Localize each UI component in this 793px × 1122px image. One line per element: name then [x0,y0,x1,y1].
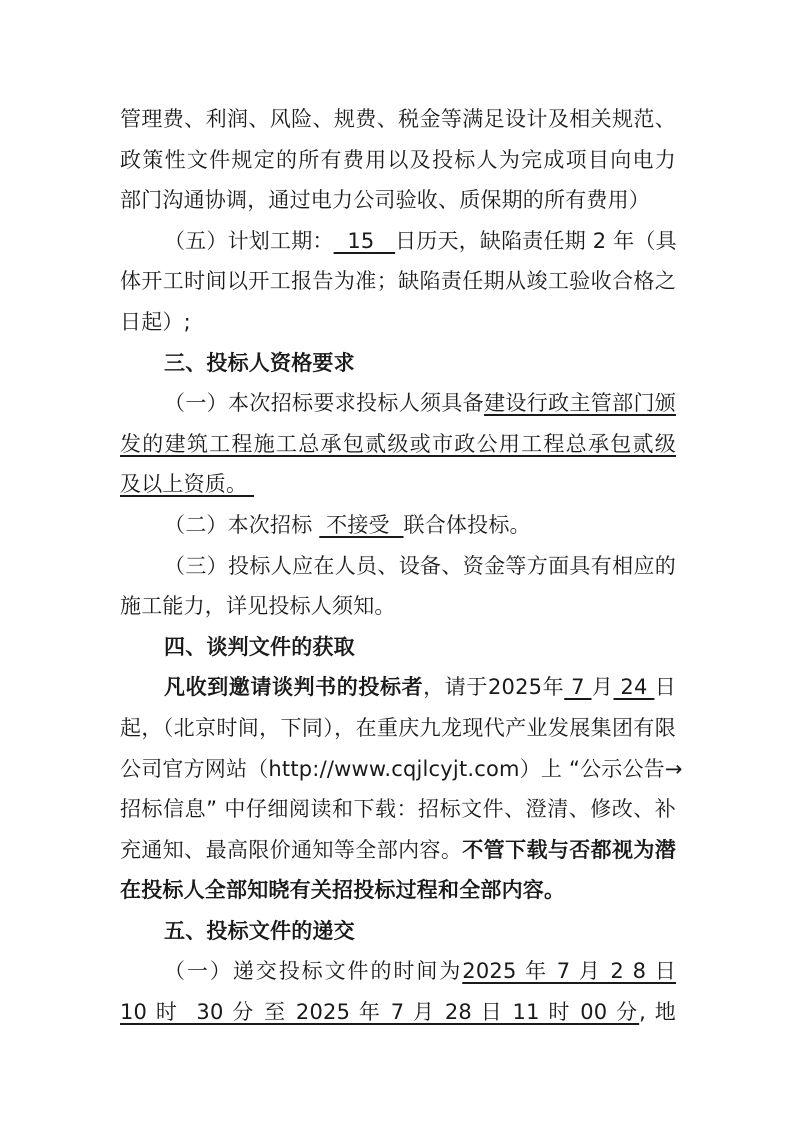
location-prefix: , 地 [639,1000,676,1024]
section-4-heading: 四、谈判文件的获取 [120,627,676,668]
qualification-prefix: （一）本次招标要求投标人须具备 [164,391,484,415]
section-3-item-3-line-1: （三）投标人应在人员、设备、资金等方面具有相应的 [120,546,676,587]
schedule-prefix: （五）计划工期： [164,229,334,253]
schedule-paragraph-line-3: 日起）; [120,302,676,343]
submission-time-prefix: （一）递交投标文件的时间为 [164,959,462,983]
consortium-value: 不接受 [319,505,403,546]
section-4-para-line-2: 起，（北京时间，下同），在重庆九龙现代产业发展集团有限 [120,708,676,749]
section-3-item-2: （二）本次招标 不接受 联合体投标。 [120,505,676,546]
acknowledgement-notice-part-2: 在投标人全部知晓有关招投标过程和全部内容。 [120,870,676,911]
cost-paragraph-line-1: 管理费、利润、风险、规费、税金等满足设计及相关规范、 [120,99,676,140]
schedule-paragraph-line-1: （五）计划工期： 15 日历天，缺陷责任期 2 年（具 [120,221,676,262]
start-day-value: 24 [614,667,655,708]
download-notice: 充通知、最高限价通知等全部内容。 [120,838,462,862]
qualification-requirement-part-3: 及以上资质。 [120,472,254,496]
qualification-requirement-part-2: 发的建筑工程施工总承包贰级或市政公用工程总承包贰级 [120,432,676,456]
consortium-suffix: 联合体投标。 [404,513,531,537]
schedule-after-duration: 日历天，缺陷责任期 2 年（具 [395,229,677,253]
section-4-para-line-3: 公司官方网站（http://www.cqjlcyjt.com）上 “公示公告→ [120,749,676,790]
section-3-item-1-line-2: 发的建筑工程施工总承包贰级或市政公用工程总承包贰级 [120,424,676,465]
start-month-value: 7 [564,667,591,708]
document-page: 管理费、利润、风险、规费、税金等满足设计及相关规范、 政策性文件规定的所有费用以… [120,99,676,1033]
duration-value: 15 [334,221,396,262]
submission-time-start: 2025 年 7 月 2 8 日 [462,959,676,983]
section-4-para-line-1: 凡收到邀请谈判书的投标者，请于2025年 7 月 24 日 [120,667,676,708]
section-3-item-1-line-1: （一）本次招标要求投标人须具备建设行政主管部门颁 [120,383,676,424]
qualification-requirement-part-1: 建设行政主管部门颁 [484,391,676,415]
section-4-para-line-4: 招标信息” 中仔细阅读和下载：招标文件、澄清、修改、补 [120,789,676,830]
section-3-item-3-line-2: 施工能力，详见投标人须知。 [120,586,676,627]
section-5-heading: 五、投标文件的递交 [120,911,676,952]
acknowledgement-notice-part-1: 不管下载与否都视为潜 [462,838,676,862]
month-label: 月 [592,675,614,699]
section-5-item-1-line-2: 10 时 30 分 至 2025 年 7 月 28 日 11 时 00 分, 地 [120,992,676,1033]
section-5-item-1-line-1: （一）递交投标文件的时间为2025 年 7 月 2 8 日 [120,951,676,992]
day-label: 日 [654,675,676,699]
section-4-para-line-5: 充通知、最高限价通知等全部内容。不管下载与否都视为潜 [120,830,676,871]
invitee-lead: 凡收到邀请谈判书的投标者 [164,675,423,699]
section-3-heading: 三、投标人资格要求 [120,343,676,384]
start-date-prefix: ，请于2025年 [423,675,564,699]
section-3-item-1-line-3: 及以上资质。 [120,464,676,505]
cost-paragraph-line-3: 部门沟通协调，通过电力公司验收、质保期的所有费用） [120,180,676,221]
submission-time-range: 10 时 30 分 至 2025 年 7 月 28 日 11 时 00 分 [120,1000,639,1024]
consortium-prefix: （二）本次招标 [164,513,319,537]
cost-paragraph-line-2: 政策性文件规定的所有费用以及投标人为完成项目向电力 [120,140,676,181]
schedule-paragraph-line-2: 体开工时间以开工报告为准；缺陷责任期从竣工验收合格之 [120,261,676,302]
